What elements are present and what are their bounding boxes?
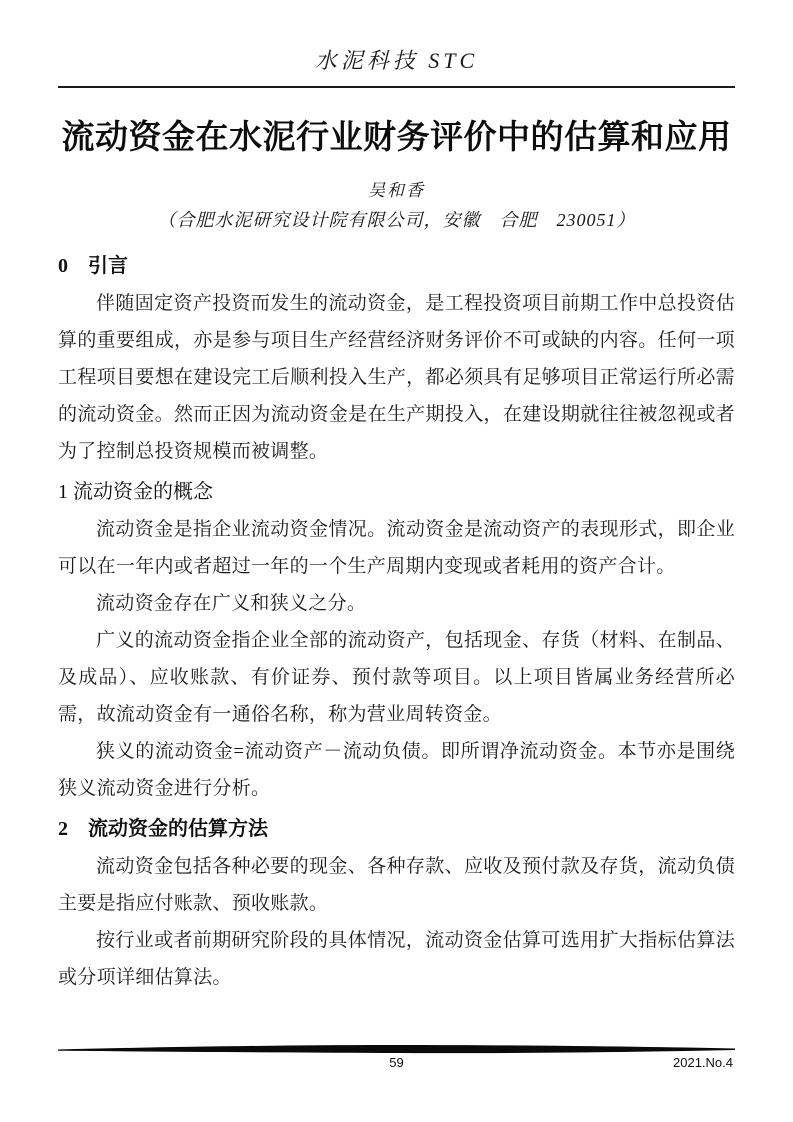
journal-title: 水泥科技 STC (58, 44, 735, 75)
article-title: 流动资金在水泥行业财务评价中的估算和应用 (58, 118, 735, 159)
page-footer: 59 2021.No.4 (58, 1044, 735, 1073)
author-name: 吴和香 (58, 176, 735, 201)
document-page: 水泥科技 STC 流动资金在水泥行业财务评价中的估算和应用 吴和香 （合肥水泥研… (0, 0, 793, 1122)
paragraph: 流动资金包括各种必要的现金、各种存款、应收及预付款及存货，流动负债主要是指应付账… (58, 848, 735, 922)
paragraph: 按行业或者前期研究阶段的具体情况，流动资金估算可选用扩大指标估算法或分项详细估算… (58, 922, 735, 996)
header-rule (58, 86, 735, 88)
page-number: 59 (389, 1055, 403, 1070)
article-body: 0 引言伴随固定资产投资而发生的流动资金，是工程投资项目前期工作中总投资估算的重… (58, 248, 735, 996)
paragraph: 狭义的流动资金=流动资产－流动负债。即所谓净流动资金。本节亦是围绕狭义流动资金进… (58, 733, 735, 807)
footer-row: 59 2021.No.4 (58, 1055, 735, 1073)
section-heading: 1 流动资金的概念 (58, 474, 735, 511)
paragraph: 伴随固定资产投资而发生的流动资金，是工程投资项目前期工作中总投资估算的重要组成，… (58, 285, 735, 470)
author-affiliation: （合肥水泥研究设计院有限公司，安徽 合肥 230051） (58, 206, 735, 232)
footer-rule (58, 1044, 735, 1054)
paragraph: 流动资金存在广义和狭义之分。 (58, 585, 735, 622)
paragraph: 流动资金是指企业流动资金情况。流动资金是流动资产的表现形式，即企业可以在一年内或… (58, 511, 735, 585)
section-heading: 2 流动资金的估算方法 (58, 811, 735, 848)
section-heading: 0 引言 (58, 248, 735, 285)
journal-header: 水泥科技 STC (58, 0, 735, 88)
issue-label: 2021.No.4 (673, 1055, 733, 1070)
paragraph: 广义的流动资金指企业全部的流动资产，包括现金、存货（材料、在制品、及成品）、应收… (58, 622, 735, 733)
article: 流动资金在水泥行业财务评价中的估算和应用 吴和香 （合肥水泥研究设计院有限公司，… (58, 118, 735, 996)
